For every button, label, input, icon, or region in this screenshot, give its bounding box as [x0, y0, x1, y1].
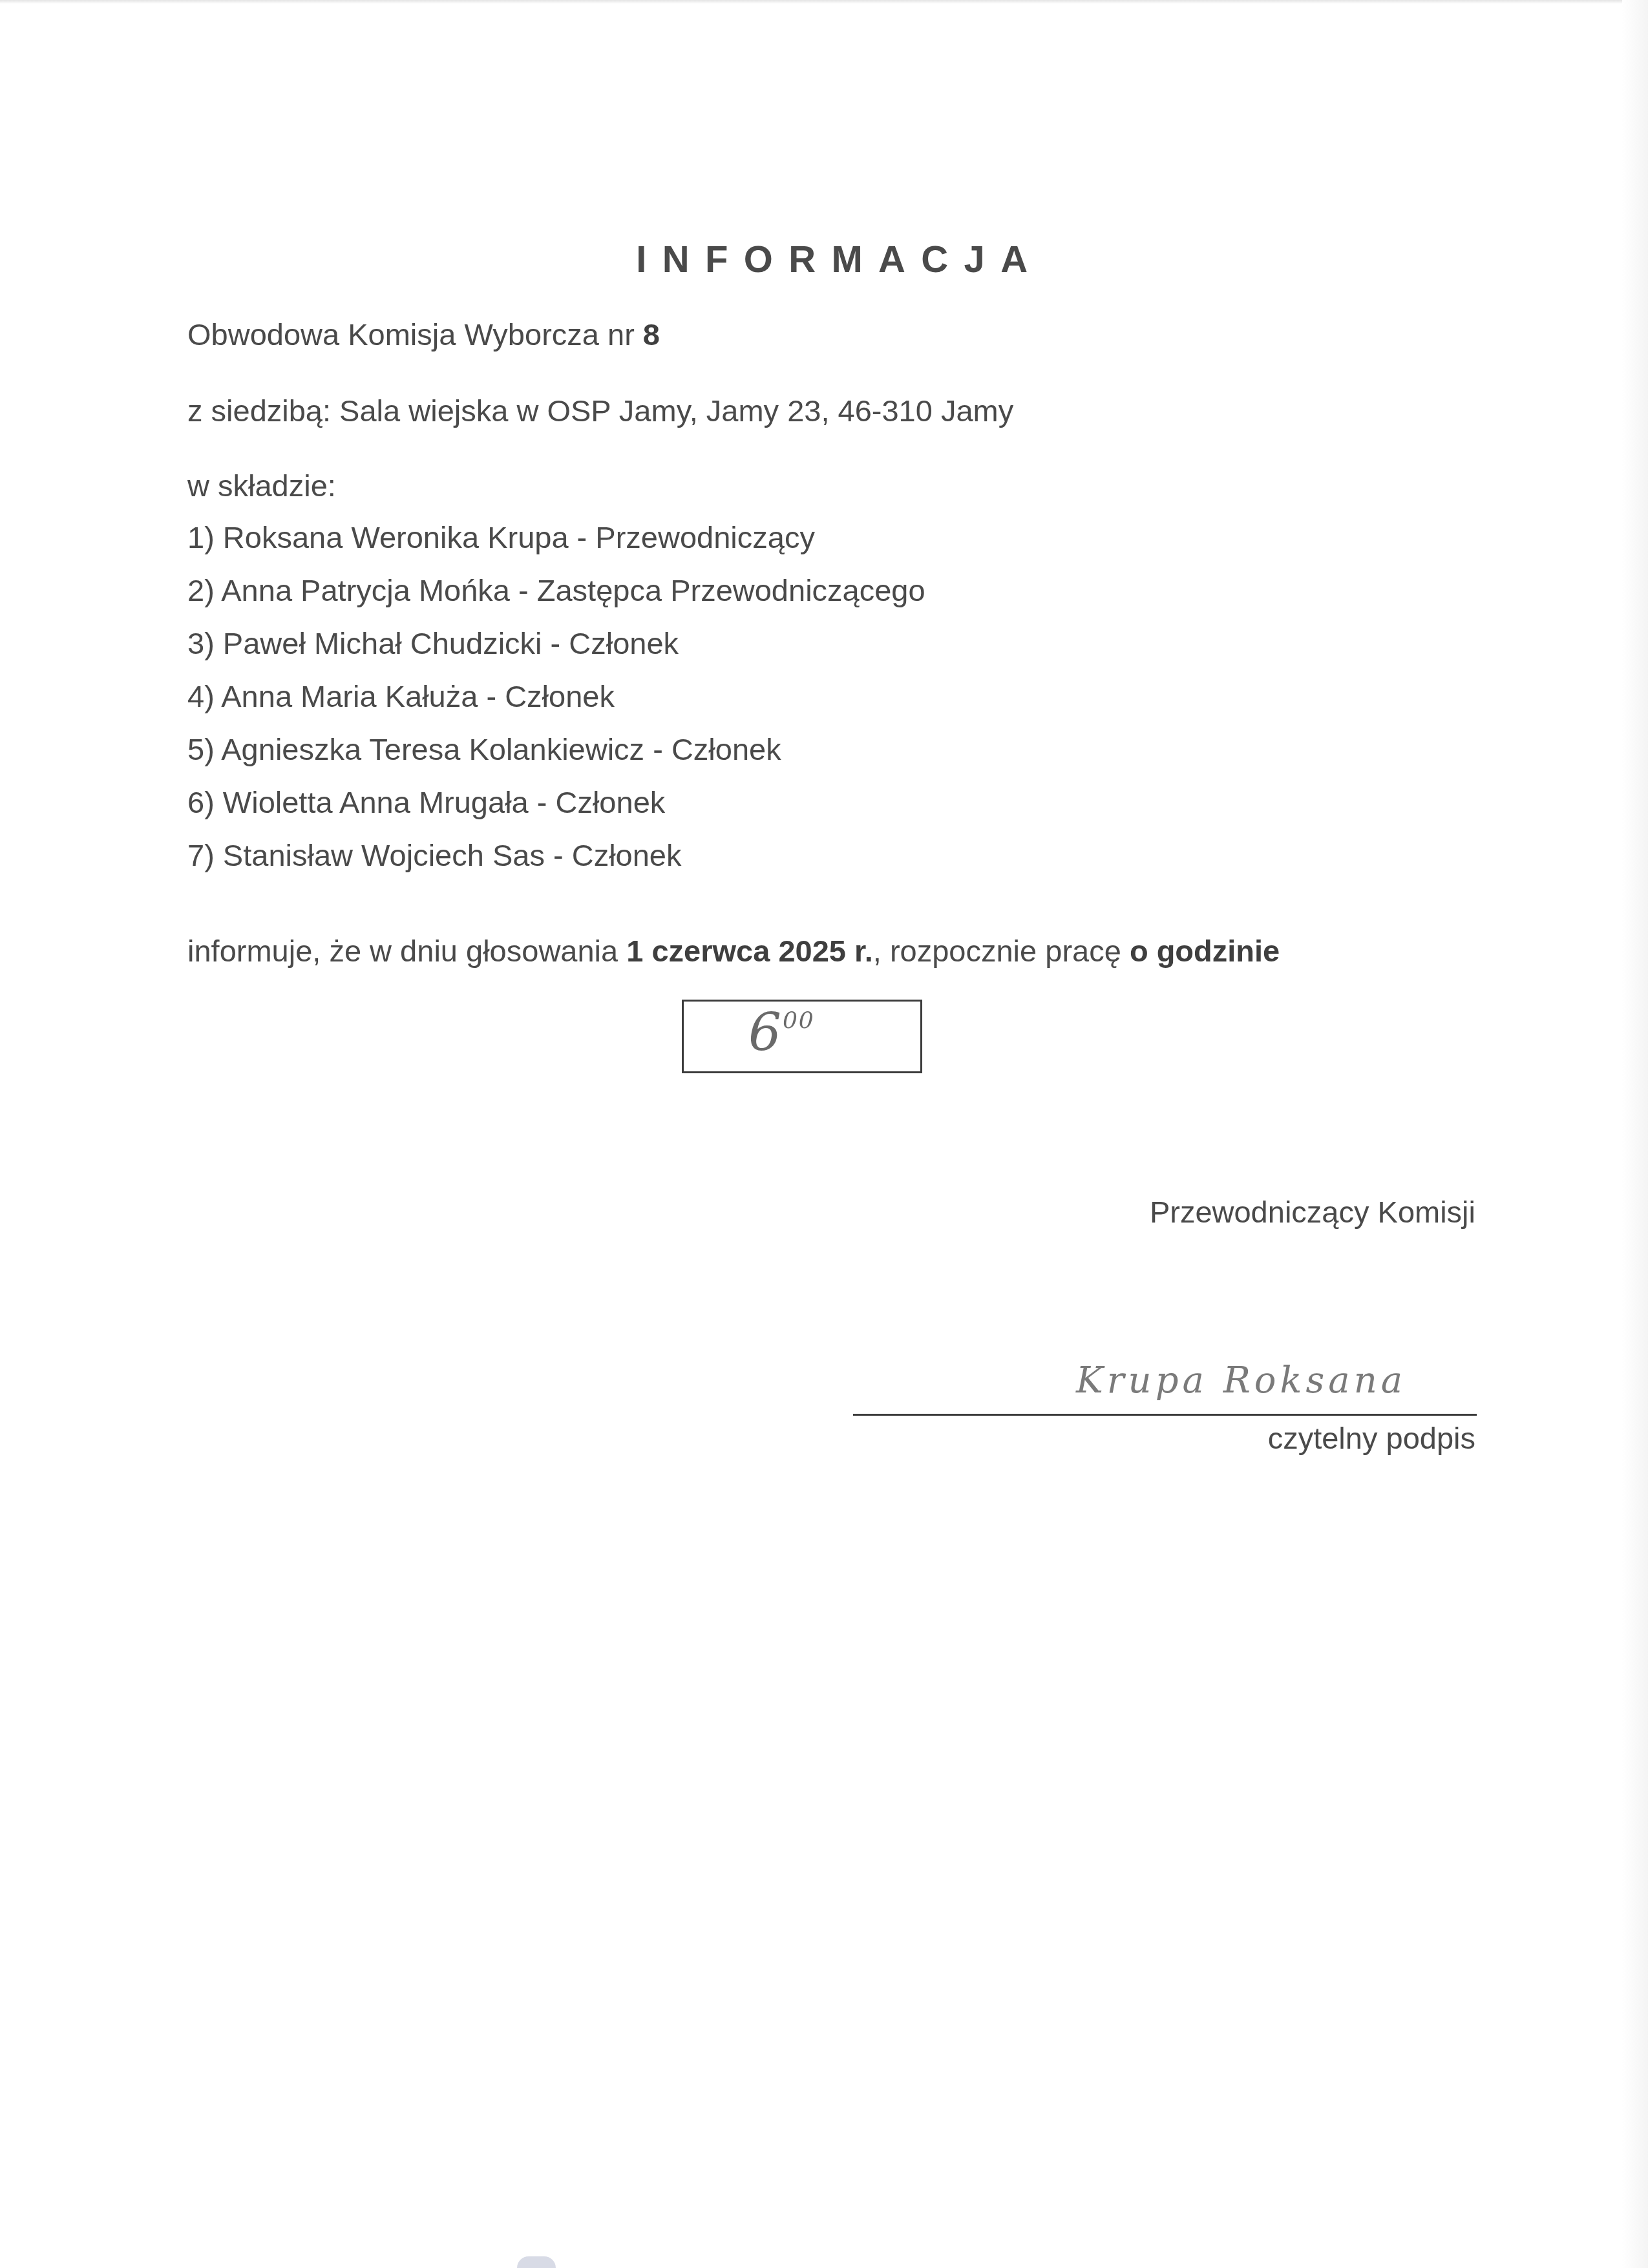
start-minutes: 00 — [783, 1007, 815, 1034]
statement: informuje, że w dniu głosowania 1 czerwc… — [187, 936, 1280, 966]
scan-edge — [0, 0, 1648, 4]
chair-label: Przewodniczący Komisji — [1150, 1194, 1475, 1230]
composition-label: w składzie: — [187, 470, 336, 501]
member-item: 5) Agnieszka Teresa Kolankiewicz - Człon… — [187, 734, 781, 764]
member-item: 7) Stanisław Wojciech Sas - Członek — [187, 840, 681, 870]
member-item: 2) Anna Patrycja Mońka - Zastępca Przewo… — [187, 575, 925, 605]
scan-edge — [1622, 0, 1648, 2268]
commission-seat: z siedzibą: Sala wiejska w OSP Jamy, Jam… — [187, 395, 1013, 426]
handwritten-signature: Krupa Roksana — [1076, 1360, 1406, 1402]
signature-line — [853, 1414, 1477, 1416]
statement-part3: o godzinie — [1130, 934, 1280, 968]
member-item: 4) Anna Maria Kałuża - Członek — [187, 681, 615, 711]
statement-part1: informuje, że w dniu głosowania — [187, 934, 626, 968]
commission-prefix: Obwodowa Komisja Wyborcza nr — [187, 317, 643, 352]
start-hour: 6 — [748, 1002, 783, 1062]
member-item: 3) Paweł Michał Chudzicki - Członek — [187, 628, 679, 658]
member-item: 6) Wioletta Anna Mrugała - Członek — [187, 787, 665, 817]
statement-part2: , rozpocznie pracę — [873, 934, 1130, 968]
document-title: INFORMACJA — [0, 238, 1648, 281]
scan-artifact — [517, 2256, 556, 2268]
commission-line: Obwodowa Komisja Wyborcza nr 8 — [187, 319, 660, 350]
voting-date: 1 czerwca 2025 r. — [626, 934, 873, 968]
signature-area: Krupa Roksana — [853, 1357, 1477, 1422]
start-hour-handwritten: 600 — [748, 1007, 815, 1058]
signature-caption: czytelny podpis — [1268, 1420, 1475, 1456]
start-hour-box: 600 — [682, 1000, 922, 1073]
member-item: 1) Roksana Weronika Krupa - Przewodniczą… — [187, 522, 815, 552]
commission-number: 8 — [643, 317, 660, 352]
